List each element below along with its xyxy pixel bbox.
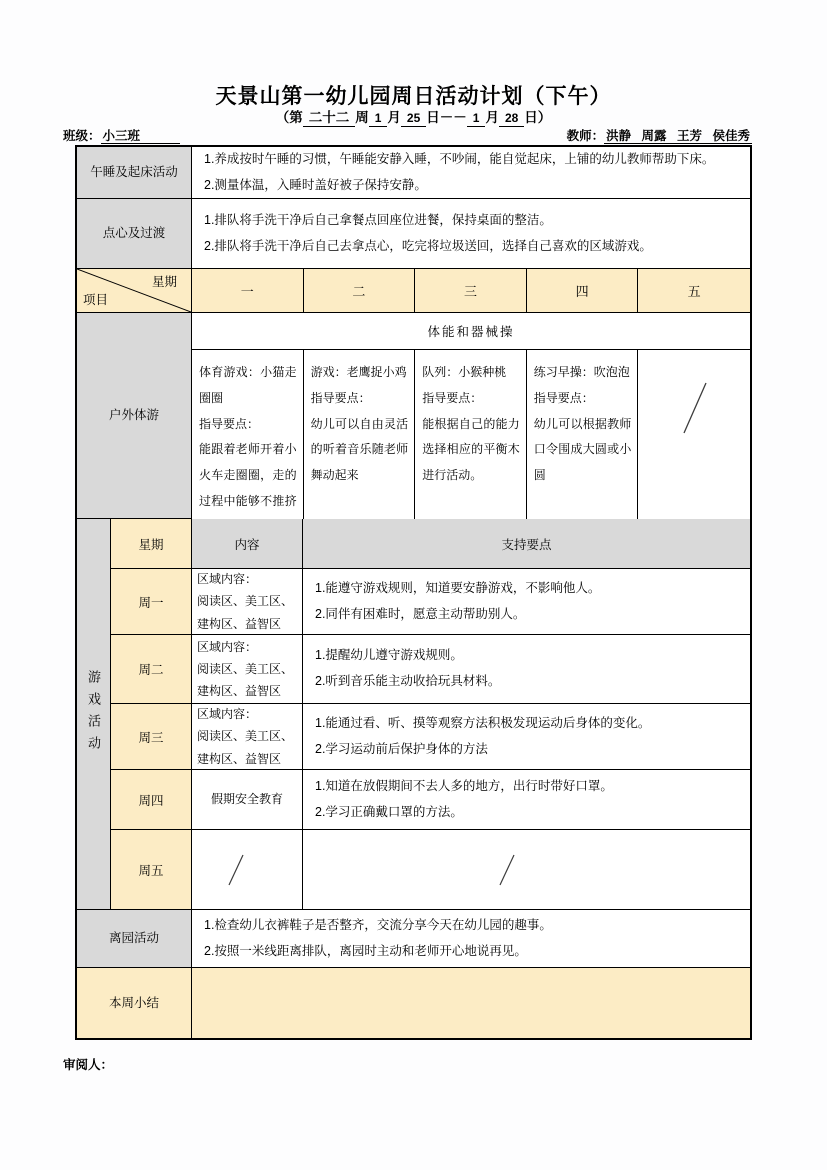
games-week-tue: 周二 <box>111 635 192 704</box>
games-content-tue-line-3: 建构区、益智区 <box>197 680 297 702</box>
games-content-mon-line-3: 建构区、益智区 <box>197 613 297 635</box>
games-support-tue: 1.提醒幼儿遵守游戏规则。 2.听到音乐能主动收拾玩具材料。 <box>303 635 750 704</box>
day-header-mon: 一 <box>192 269 304 313</box>
subtitle-dash: －－ <box>440 110 467 125</box>
teacher-label: 教师： <box>567 129 605 143</box>
games-header-content: 内容 <box>192 519 303 569</box>
games-content-fri <box>192 830 303 910</box>
outdoor-thu-line-1: 练习早操：吹泡泡 <box>534 360 632 386</box>
games-content-mon-line-2: 阅读区、美工区、 <box>197 590 297 612</box>
activity-plan-table: 午睡及起床活动 1.养成按时午睡的习惯，午睡能安静入睡，不吵闹，能自觉起床，上铺… <box>75 145 752 1040</box>
day-header-wed: 三 <box>415 269 527 313</box>
games-support-wed-line-2: 2.学习运动前后保护身体的方法 <box>315 737 738 763</box>
class-value: 小三班 <box>101 129 181 144</box>
games-content-wed-line-2: 阅读区、美工区、 <box>197 725 297 747</box>
page-subtitle: （第二十二周1月25日－－1月28日） <box>0 106 827 127</box>
outdoor-wed-line-3: 能根据自己的能力选择相应的平衡木进行活动。 <box>422 412 520 489</box>
outdoor-banner: 体能和器械操 <box>192 313 750 350</box>
outdoor-thu-line-3: 幼儿可以根据教师口令围成大圆或小圆 <box>534 412 632 489</box>
snack-row: 点心及过渡 1.排队将手洗干净后自己拿餐点回座位进餐，保持桌面的整洁。 2.排队… <box>77 199 750 269</box>
outdoor-cell-fri <box>638 350 750 546</box>
day-to-field: 28 <box>499 112 524 127</box>
games-support-mon-line-1: 1.能遵守游戏规则，知道要安静游戏，不影响他人。 <box>315 576 738 602</box>
departure-line-1: 1.检查幼儿衣裤鞋子是否整齐，交流分享今天在幼儿园的趣事。 <box>204 913 738 939</box>
departure-row-label: 离园活动 <box>77 910 192 968</box>
day-from-field: 25 <box>401 112 426 127</box>
nap-row-content: 1.养成按时午睡的习惯，午睡能安静入睡，不吵闹，能自觉起床，上铺的幼儿教师帮助下… <box>192 147 750 199</box>
reviewer-label: 审阅人： <box>63 1055 113 1073</box>
outdoor-mon-line-1: 体育游戏：小猫走圈圈 <box>199 360 297 412</box>
games-section: 游戏活动 星期 内容 支持要点 周一 区域内容： 阅读区、美工区、 建构区、益智… <box>77 519 750 910</box>
slash-mark <box>227 853 245 887</box>
outdoor-label: 户外体游 <box>77 313 192 519</box>
games-week-thu: 周四 <box>111 770 192 830</box>
subtitle-yue1: 月 <box>387 110 401 125</box>
day-header-tue: 二 <box>304 269 416 313</box>
games-support-wed: 1.能通过看、听、摸等观察方法积极发现运动后身体的变化。 2.学习运动前后保护身… <box>303 704 750 770</box>
outdoor-tue-line-2: 指导要点： <box>311 386 409 412</box>
subtitle-ri2: 日） <box>524 110 551 125</box>
games-support-fri <box>303 830 750 910</box>
subtitle-zhou: 周 <box>355 110 369 125</box>
summary-row: 本周小结 <box>77 968 750 1038</box>
weekday-header-row: 星期 项目 一 二 三 四 五 <box>77 269 750 313</box>
games-support-mon-line-2: 2.同伴有困难时，愿意主动帮助别人。 <box>315 602 738 628</box>
games-content-mon-line-1: 区域内容： <box>197 568 297 590</box>
games-content-tue-line-1: 区域内容： <box>197 636 297 658</box>
outdoor-days-grid: 体育游戏：小猫走圈圈 指导要点： 能跟着老师开着小火车走圈圈，走的过程中能够不推… <box>192 350 750 519</box>
outdoor-tue-line-1: 游戏：老鹰捉小鸡 <box>311 360 409 386</box>
document-page: 天景山第一幼儿园周日活动计划（下午） （第二十二周1月25日－－1月28日） 班… <box>0 0 827 1170</box>
games-content-thu-line-1: 假期安全教育 <box>211 788 283 810</box>
class-teacher-row: 班级：小三班 教师：洪静 周露 王芳 侯佳秀 <box>63 126 752 144</box>
games-content-thu: 假期安全教育 <box>192 770 303 830</box>
summary-row-label: 本周小结 <box>77 968 192 1038</box>
outdoor-wed-line-1: 队列：小猴种桃 <box>422 360 520 386</box>
nap-row: 午睡及起床活动 1.养成按时午睡的习惯，午睡能安静入睡，不吵闹，能自觉起床，上铺… <box>77 147 750 199</box>
week-number-field: 二十二 <box>303 110 356 127</box>
departure-line-2: 2.按照一米线距离排队，离园时主动和老师开心地说再见。 <box>204 939 738 965</box>
outdoor-section: 户外体游 体能和器械操 体育游戏：小猫走圈圈 指导要点： 能跟着老师开着小火车走… <box>77 313 750 519</box>
outdoor-content: 体能和器械操 体育游戏：小猫走圈圈 指导要点： 能跟着老师开着小火车走圈圈，走的… <box>192 313 750 519</box>
month-from-field: 1 <box>369 112 388 127</box>
outdoor-mon-line-2: 指导要点： <box>199 412 297 438</box>
games-support-wed-line-1: 1.能通过看、听、摸等观察方法积极发现运动后身体的变化。 <box>315 711 738 737</box>
nap-row-label: 午睡及起床活动 <box>77 147 192 199</box>
outdoor-wed-line-2: 指导要点： <box>422 386 520 412</box>
class-label: 班级： <box>63 129 101 143</box>
nap-line-1: 1.养成按时午睡的习惯，午睡能安静入睡，不吵闹，能自觉起床，上铺的幼儿教师帮助下… <box>204 147 738 173</box>
games-vertical-label: 游戏活动 <box>87 670 100 758</box>
games-content-tue: 区域内容： 阅读区、美工区、 建构区、益智区 <box>192 635 303 704</box>
games-support-tue-line-2: 2.听到音乐能主动收拾玩具材料。 <box>315 669 738 695</box>
corner-cell: 星期 项目 <box>77 269 192 313</box>
teacher-value: 洪静 周露 王芳 侯佳秀 <box>604 129 752 144</box>
outdoor-cell-mon: 体育游戏：小猫走圈圈 指导要点： 能跟着老师开着小火车走圈圈，走的过程中能够不推… <box>192 350 304 546</box>
games-support-thu-line-2: 2.学习正确戴口罩的方法。 <box>315 800 738 826</box>
games-section-label: 游戏活动 <box>77 519 111 910</box>
games-header-week: 星期 <box>111 519 192 569</box>
games-support-tue-line-1: 1.提醒幼儿遵守游戏规则。 <box>315 643 738 669</box>
games-content-tue-line-2: 阅读区、美工区、 <box>197 658 297 680</box>
snack-row-content: 1.排队将手洗干净后自己拿餐点回座位进餐，保持桌面的整洁。 2.排队将手洗干净后… <box>192 199 750 269</box>
corner-item-label: 项目 <box>83 290 108 308</box>
games-support-thu: 1.知道在放假期间不去人多的地方，出行时带好口罩。 2.学习正确戴口罩的方法。 <box>303 770 750 830</box>
summary-row-content <box>192 968 750 1038</box>
games-content-mon: 区域内容： 阅读区、美工区、 建构区、益智区 <box>192 569 303 635</box>
teacher-field: 教师：洪静 周露 王芳 侯佳秀 <box>567 126 752 144</box>
slash-mark <box>498 853 516 887</box>
nap-line-2: 2.测量体温，入睡时盖好被子保持安静。 <box>204 173 738 199</box>
snack-line-1: 1.排队将手洗干净后自己拿餐点回座位进餐，保持桌面的整洁。 <box>204 208 738 234</box>
departure-row: 离园活动 1.检查幼儿衣裤鞋子是否整齐，交流分享今天在幼儿园的趣事。 2.按照一… <box>77 910 750 968</box>
slash-mark <box>681 380 709 436</box>
snack-line-2: 2.排队将手洗干净后自己去拿点心，吃完将垃圾送回，选择自己喜欢的区域游戏。 <box>204 234 738 260</box>
subtitle-ri1: 日 <box>426 110 440 125</box>
outdoor-cell-wed: 队列：小猴种桃 指导要点： 能根据自己的能力选择相应的平衡木进行活动。 <box>415 350 527 546</box>
outdoor-cell-thu: 练习早操：吹泡泡 指导要点： 幼儿可以根据教师口令围成大圆或小圆 <box>527 350 639 546</box>
day-header-thu: 四 <box>527 269 639 313</box>
games-content-wed: 区域内容： 阅读区、美工区、 建构区、益智区 <box>192 704 303 770</box>
departure-row-content: 1.检查幼儿衣裤鞋子是否整齐，交流分享今天在幼儿园的趣事。 2.按照一米线距离排… <box>192 910 750 968</box>
games-week-mon: 周一 <box>111 569 192 635</box>
outdoor-tue-line-3: 幼儿可以自由灵活的听着音乐随老师舞动起来 <box>311 412 409 489</box>
month-to-field: 1 <box>467 112 486 127</box>
games-support-thu-line-1: 1.知道在放假期间不去人多的地方，出行时带好口罩。 <box>315 774 738 800</box>
outdoor-thu-line-2: 指导要点： <box>534 386 632 412</box>
day-header-fri: 五 <box>638 269 750 313</box>
outdoor-cell-tue: 游戏：老鹰捉小鸡 指导要点： 幼儿可以自由灵活的听着音乐随老师舞动起来 <box>304 350 416 546</box>
corner-week-label: 星期 <box>152 272 177 290</box>
games-week-wed: 周三 <box>111 704 192 770</box>
subtitle-yue2: 月 <box>485 110 499 125</box>
snack-row-label: 点心及过渡 <box>77 199 192 269</box>
games-week-fri: 周五 <box>111 830 192 910</box>
games-header-support: 支持要点 <box>303 519 750 569</box>
games-content-wed-line-1: 区域内容： <box>197 703 297 725</box>
games-content-wed-line-3: 建构区、益智区 <box>197 748 297 770</box>
subtitle-open: （第 <box>276 110 303 125</box>
class-field: 班级：小三班 <box>63 126 180 144</box>
games-support-mon: 1.能遵守游戏规则，知道要安静游戏，不影响他人。 2.同伴有困难时，愿意主动帮助… <box>303 569 750 635</box>
